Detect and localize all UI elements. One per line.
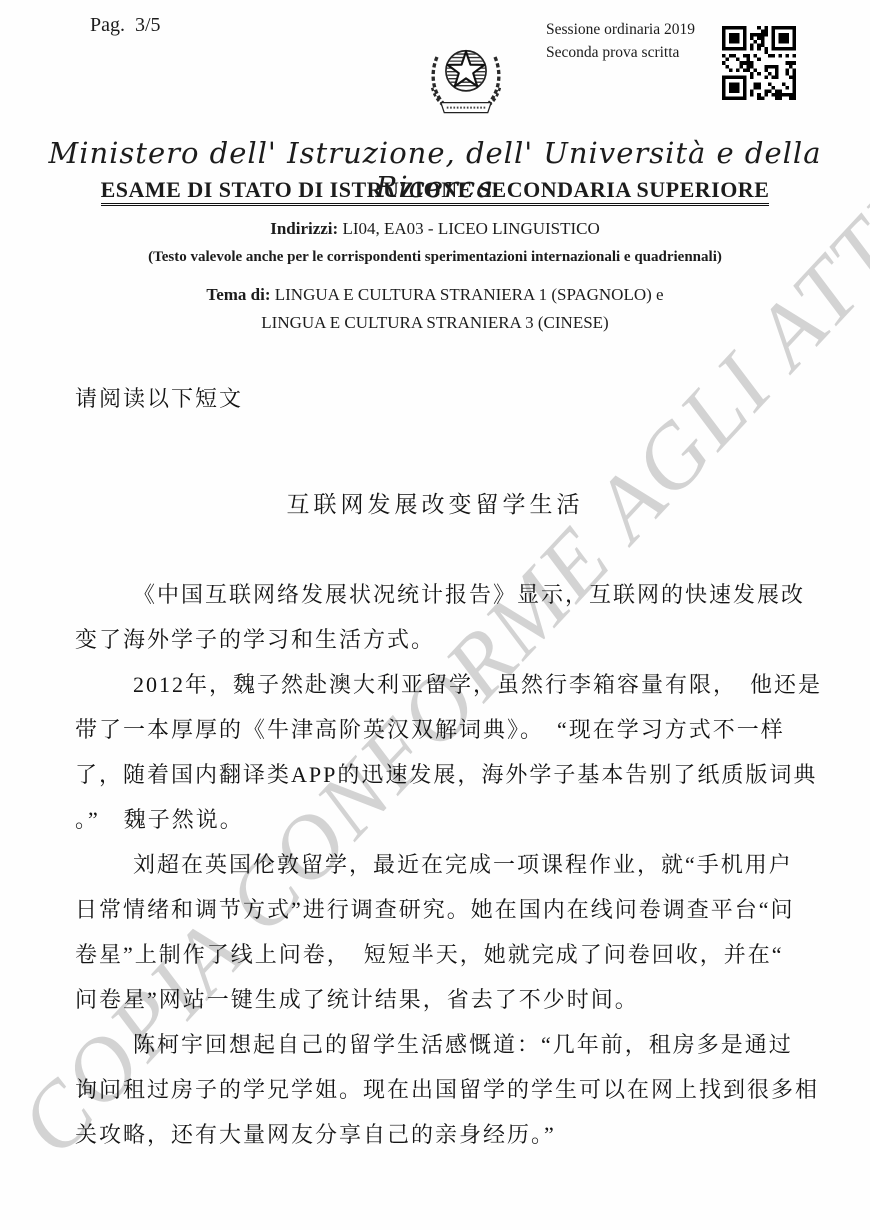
body-line: 卷星”上制作了线上问卷， 短短半天，她就完成了问卷回收，并在“ [75,932,799,977]
indirizzi-line: Indirizzi: LI04, EA03 - LICEO LINGUISTIC… [0,219,870,239]
tema-label: Tema di: [206,285,270,304]
body-line: 刘超在英国伦敦留学，最近在完成一项课程作业，就“手机用户 [75,842,799,887]
passage-title: 互联网发展改变留学生活 [0,486,870,519]
tema-value-1: LINGUA E CULTURA STRANIERA 1 (SPAGNOLO) … [271,285,664,304]
body-text: 《中国互联网络发展状况统计报告》显示，互联网的快速发展改变了海外学子的学习和生活… [75,572,799,1157]
indirizzi-value: LI04, EA03 - LICEO LINGUISTICO [338,219,600,238]
reading-instruction: 请阅读以下短文 [75,382,243,413]
qr-code-icon [722,26,796,100]
tema-line-2: LINGUA E CULTURA STRANIERA 3 (CINESE) [0,313,870,333]
session-info: Sessione ordinaria 2019 Seconda prova sc… [546,18,695,64]
body-line: 。” 魏子然说。 [75,797,799,842]
body-line: 日常情绪和调节方式”进行调查研究。她在国内在线问卷调查平台“问 [75,887,799,932]
session-line-2: Seconda prova scritta [546,41,695,64]
body-line: 2012年，魏子然赴澳大利亚留学，虽然行李箱容量有限， 他还是 [75,662,799,707]
tema-line-1: Tema di: LINGUA E CULTURA STRANIERA 1 (S… [0,285,870,305]
body-line: 问卷星”网站一键生成了统计结果，省去了不少时间。 [75,977,799,1022]
body-line: 变了海外学子的学习和生活方式。 [75,617,799,662]
exam-document-page: COPIA CONFORME AGLI ATTI MIUR Pag. 3/5 S [0,0,870,1230]
body-line: 了，随着国内翻译类APP的迅速发展，海外学子基本告别了纸质版词典 [75,752,799,797]
body-line: 关攻略，还有大量网友分享自己的亲身经历。” [75,1112,799,1157]
body-line: 《中国互联网络发展状况统计报告》显示，互联网的快速发展改 [75,572,799,617]
exam-title: ESAME DI STATO DI ISTRUZIONE SECONDARIA … [0,177,870,203]
session-line-1: Sessione ordinaria 2019 [546,18,695,41]
body-line: 询问租过房子的学兄学姐。现在出国留学的学生可以在网上找到很多相 [75,1067,799,1112]
indirizzi-label: Indirizzi: [270,219,338,238]
italy-emblem-icon [424,34,508,121]
body-line: 陈柯宇回想起自己的留学生活感慨道：“几年前，租房多是通过 [75,1022,799,1067]
body-line: 带了一本厚厚的《牛津高阶英汉双解词典》。 “现在学习方式不一样 [75,707,799,752]
page-number: Pag. 3/5 [90,14,161,37]
validity-note: (Testo valevole anche per le corrisponde… [0,249,870,266]
